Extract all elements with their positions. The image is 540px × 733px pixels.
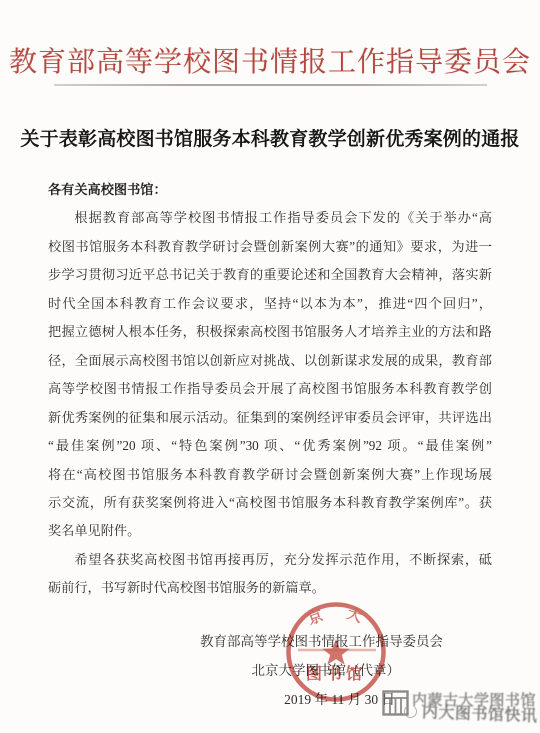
body-text-line: 校图书馆服务本科教育教学研讨会暨创新案例大赛”的通知》要求，为进一 <box>48 233 492 261</box>
body-text-line: 希望各获奖高校图书馆再接再厉，充分发挥示范作用，不断探索，砥 <box>48 546 492 574</box>
body-text-line: 根据教育部高等学校图书情报工作指导委员会下发的《关于举办“高 <box>48 204 492 232</box>
signature-date: 2019 年 11 月 30 日 <box>0 685 540 714</box>
body-text-line: 高等学校图书情报工作指导委员会开展了高校图书馆服务本科教育教学创 <box>48 375 492 403</box>
body-text-line: 示交流，所有获奖案例将进入“高校图书馆服务本科教育教学案例库”。获 <box>48 489 492 517</box>
body-text-line: 步学习贯彻习近平总书记关于教育的重要论述和全国教育大会精神，落实新 <box>48 261 492 289</box>
signature-block: 教育部高等学校图书情报工作指导委员会 北京大学图书馆（代章） 2019 年 11… <box>0 627 540 714</box>
paragraph: 根据教育部高等学校图书情报工作指导委员会下发的《关于举办“高校图书馆服务本科教育… <box>48 204 492 545</box>
signature-agent: 北京大学图书馆（代章） <box>0 656 540 685</box>
paragraph: 希望各获奖高校图书馆再接再厉，充分发挥示范作用，不断探索，砥砺前行，书写新时代高… <box>48 546 492 603</box>
body-text-line: 将在“高校图书馆服务本科教育教学研讨会暨创新案例大赛”上作现场展 <box>48 461 492 489</box>
body-text-line: 时代全国本科教育工作会议要求，坚持“以本为本”，推进“四个回归”， <box>48 290 492 318</box>
paragraphs: 根据教育部高等学校图书情报工作指导委员会下发的《关于举办“高校图书馆服务本科教育… <box>48 204 492 602</box>
body-text-line: “最佳案例”20 项、“特色案例”30 项、“优秀案例”92 项。“最佳案例” <box>48 432 492 460</box>
header-divider <box>54 84 487 86</box>
body-text-line: 径，全面展示高校图书馆以创新应对挑战、以创新谋求发展的成果，教育部 <box>48 347 492 375</box>
issuing-org-header: 教育部高等学校图书情报工作指导委员会 <box>0 40 540 74</box>
document-page: 教育部高等学校图书情报工作指导委员会 关于表彰高校图书馆服务本科教育教学创新优秀… <box>0 0 540 733</box>
seal-arc-char-left: 京 <box>305 606 325 628</box>
body-text-line: 奖名单见附件。 <box>48 517 492 545</box>
signature-org: 教育部高等学校图书情报工作指导委员会 <box>0 627 540 656</box>
salutation: 各有关高校图书馆： <box>48 176 492 204</box>
body-text-line: 把握立德树人根本任务，积极探索高校图书馆服务人才培养主业的方法和路 <box>48 318 492 346</box>
document-body: 各有关高校图书馆： 根据教育部高等学校图书情报工作指导委员会下发的《关于举办“高… <box>48 176 492 603</box>
document-title: 关于表彰高校图书馆服务本科教育教学创新优秀案例的通报 <box>0 124 540 151</box>
seal-arc-char-right: 大 <box>345 605 365 626</box>
body-text-line: 新优秀案例的征集和展示活动。征集到的案例经评审委员会评审，共评选出 <box>48 404 492 432</box>
body-text-line: 砺前行，书写新时代高校图书馆服务的新篇章。 <box>48 574 492 602</box>
